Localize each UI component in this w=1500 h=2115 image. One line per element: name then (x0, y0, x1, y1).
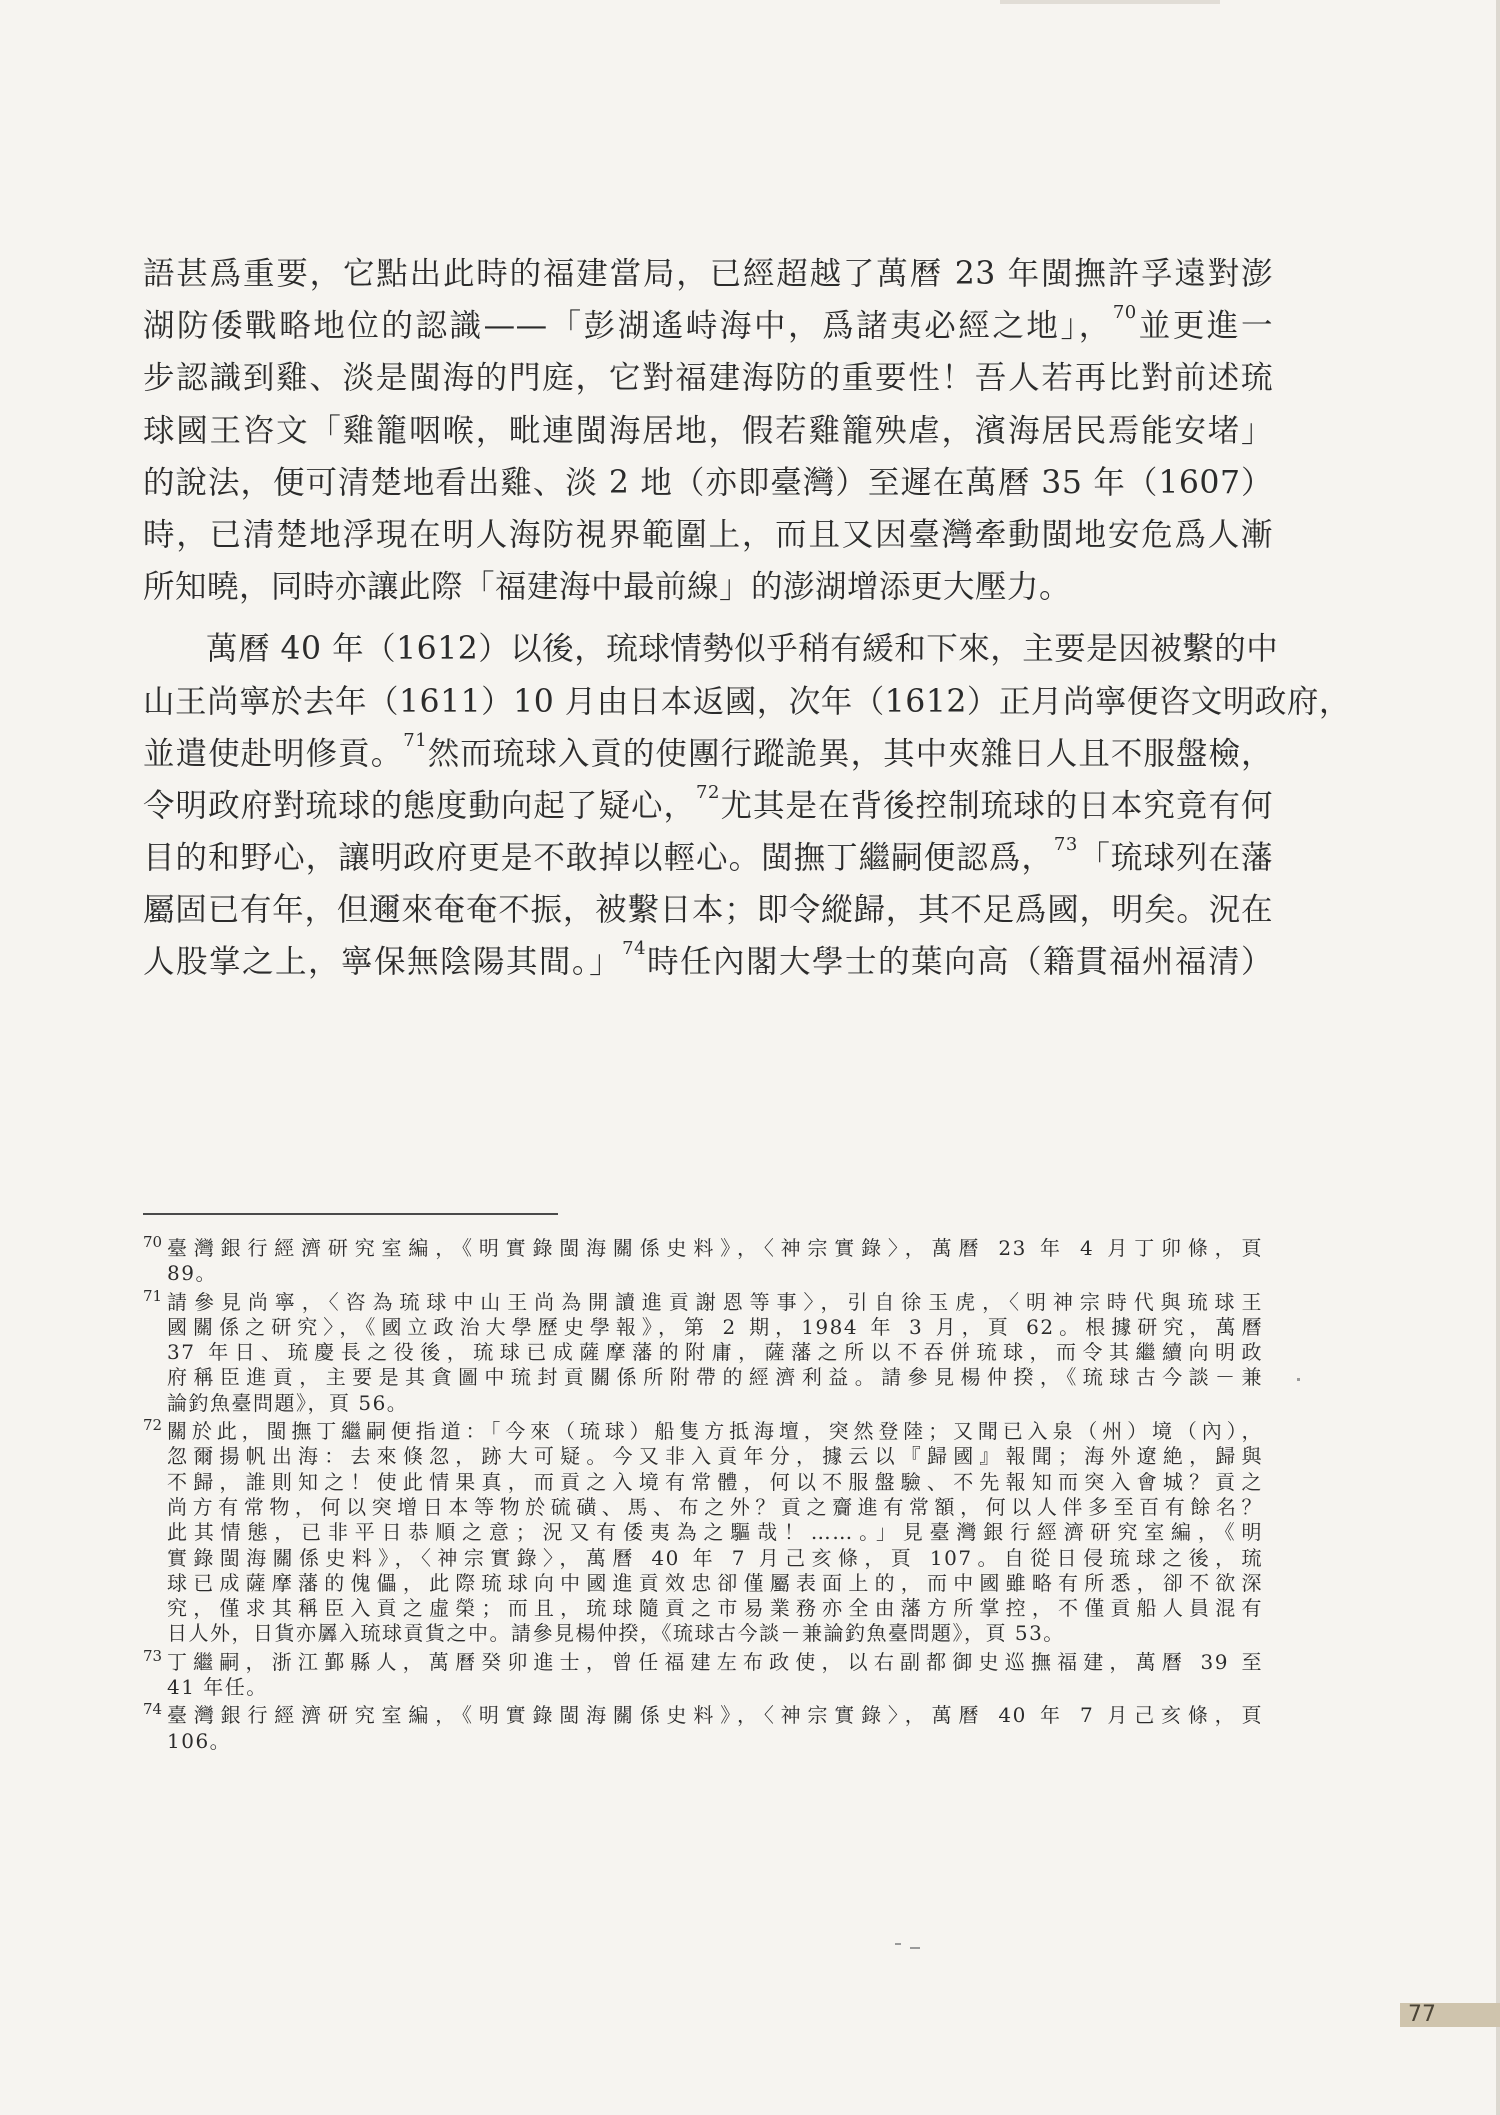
footnote-ref-74[interactable]: 74 (622, 938, 646, 959)
text-run: 目的和野心，讓明政府更是不敢掉以輕心。閩撫丁繼嗣便認爲， (143, 840, 1054, 876)
text-run: 並更進一 (1137, 308, 1273, 344)
text-run: 湖防倭戰略地位的認識——「彭湖遙峙海中，爲諸夷必經之地」， (143, 308, 1113, 344)
footnote-line: 實錄閩海關係史料》，〈神宗實錄〉，萬曆 40 年 7 月己亥條，頁 107。自從… (167, 1546, 1263, 1571)
footnote-line: 論釣魚臺問題》，頁 56。 (167, 1391, 1263, 1416)
footnote-line: 41 年任。 (167, 1675, 1263, 1700)
footnote-ref-71[interactable]: 71 (403, 730, 427, 751)
scan-speck (1297, 1378, 1300, 1381)
footnote-ref-73[interactable]: 73 (1054, 834, 1078, 855)
footnote-line: 不歸，誰則知之！使此情果真，而貢之入境有常體，何以不服盤驗、不先報知而突入會城？… (167, 1470, 1263, 1495)
footnote-line: 日人外，日貨亦羼入琉球貢貨之中。請參見楊仲揆，《琉球古今談－兼論釣魚臺問題》，頁… (167, 1621, 1263, 1646)
footnote-ref-72[interactable]: 72 (696, 782, 720, 803)
paragraph-1: 語甚爲重要，它點出此時的福建當局，已經超越了萬曆 23 年閩撫許孚遠對澎 湖防倭… (143, 248, 1273, 613)
footnote-line: 請參見尚寧，〈咨為琉球中山王尚為開讀進貢謝恩等事〉，引自徐玉虎，〈明神宗時代與琉… (167, 1290, 1263, 1315)
body-line: 萬曆 40 年（1612）以後，琉球情勢似乎稍有緩和下來，主要是因被繫的中 (143, 623, 1273, 675)
body-line: 語甚爲重要，它點出此時的福建當局，已經超越了萬曆 23 年閩撫許孚遠對澎 (143, 248, 1273, 300)
body-line: 並遣使赴明修貢。71然而琉球入貢的使團行蹤詭異，其中夾雜日人且不服盤檢， (143, 728, 1273, 780)
footnote-number: 71 (143, 1287, 162, 1305)
footnote-number: 74 (143, 1700, 162, 1718)
scan-speck (910, 1947, 920, 1949)
footnote-line: 丁繼嗣，浙江鄞縣人，萬曆癸卯進士，曾任福建左布政使，以右副都御史巡撫福建，萬曆 … (167, 1650, 1263, 1675)
scan-speck (895, 1943, 901, 1945)
footnote-number: 72 (143, 1416, 162, 1434)
footnote-line: 臺灣銀行經濟研究室編，《明實錄閩海關係史料》，〈神宗實錄〉，萬曆 40 年 7 … (167, 1703, 1263, 1728)
footnotes: 70 臺灣銀行經濟研究室編，《明實錄閩海關係史料》，〈神宗實錄〉，萬曆 23 年… (143, 1236, 1263, 1754)
footnote-separator (143, 1213, 558, 1215)
body-line: 所知曉，同時亦讓此際「福建海中最前線」的澎湖增添更大壓力。 (143, 561, 1273, 613)
footnote-line: 關於此，閩撫丁繼嗣便指道：「今來（琉球）船隻方抵海壇，突然登陸；又聞已入泉（州）… (167, 1419, 1263, 1444)
text-run: 令明政府對琉球的態度動向起了疑心， (143, 788, 696, 824)
text-run: 「琉球列在藩 (1078, 840, 1273, 876)
footnote-line: 89。 (167, 1261, 1263, 1286)
paragraph-gap (143, 613, 1273, 623)
body-line: 湖防倭戰略地位的認識——「彭湖遙峙海中，爲諸夷必經之地」，70並更進一 (143, 300, 1273, 352)
body-line: 目的和野心，讓明政府更是不敢掉以輕心。閩撫丁繼嗣便認爲，73「琉球列在藩 (143, 832, 1273, 884)
body-line: 的說法，便可清楚地看出雞、淡 2 地（亦即臺灣）至遲在萬曆 35 年（1607） (143, 457, 1273, 509)
body-line: 人股掌之上，寧保無陰陽其間。」74時任內閣大學士的葉向高（籍貫福州福清） (143, 936, 1273, 988)
footnote-number: 70 (143, 1233, 162, 1251)
page-number: 77 (1400, 2003, 1500, 2027)
footnote-line: 此其情態，已非平日恭順之意；況又有倭夷為之驅哉！……。」見臺灣銀行經濟研究室編，… (167, 1520, 1263, 1545)
body-line: 令明政府對琉球的態度動向起了疑心，72尤其是在背後控制琉球的日本究竟有何 (143, 780, 1273, 832)
body-line: 步認識到雞、淡是閩海的門庭，它對福建海防的重要性！吾人若再比對前述琉 (143, 352, 1273, 404)
body-line: 時，已清楚地浮現在明人海防視界範圍上，而且又因臺灣牽動閩地安危爲人漸 (143, 509, 1273, 561)
scan-artifact-top (1000, 0, 1220, 4)
footnote-number: 73 (143, 1647, 162, 1665)
text-run: 並遣使赴明修貢。 (143, 736, 403, 772)
body-line: 屬固已有年，但邇來奄奄不振，被繫日本；即令縱歸，其不足爲國，明矣。況在 (143, 884, 1273, 936)
page-edge (1496, 0, 1500, 2115)
footnote-line: 國關係之研究〉，《國立政治大學歷史學報》，第 2 期，1984 年 3 月，頁 … (167, 1315, 1263, 1340)
paragraph-2: 萬曆 40 年（1612）以後，琉球情勢似乎稍有緩和下來，主要是因被繫的中 山王… (143, 623, 1273, 988)
body-line: 山王尚寧於去年（1611）10 月由日本返國，次年（1612）正月尚寧便咨文明政… (143, 676, 1273, 728)
text-run: 然而琉球入貢的使團行蹤詭異，其中夾雜日人且不服盤檢， (427, 736, 1273, 772)
body-line: 球國王咨文「雞籠咽喉，毗連閩海居地，假若雞籠殃虐，濱海居民焉能安堵」 (143, 405, 1273, 457)
footnote-line: 究，僅求其稱臣入貢之虛榮；而且，琉球隨貢之市易業務亦全由藩方所掌控，不僅貢船人員… (167, 1596, 1263, 1621)
footnote-73: 73 丁繼嗣，浙江鄞縣人，萬曆癸卯進士，曾任福建左布政使，以右副都御史巡撫福建，… (143, 1650, 1263, 1701)
footnote-line: 臺灣銀行經濟研究室編，《明實錄閩海關係史料》，〈神宗實錄〉，萬曆 23 年 4 … (167, 1236, 1263, 1261)
footnote-74: 74 臺灣銀行經濟研究室編，《明實錄閩海關係史料》，〈神宗實錄〉，萬曆 40 年… (143, 1703, 1263, 1754)
footnote-line: 球已成薩摩藩的傀儡，此際琉球向中國進貢效忠卻僅屬表面上的，而中國雖略有所悉，卻不… (167, 1571, 1263, 1596)
body-text: 語甚爲重要，它點出此時的福建當局，已經超越了萬曆 23 年閩撫許孚遠對澎 湖防倭… (143, 248, 1273, 989)
text-run: 尤其是在背後控制琉球的日本究竟有何 (720, 788, 1273, 824)
footnote-71: 71 請參見尚寧，〈咨為琉球中山王尚為開讀進貢謝恩等事〉，引自徐玉虎，〈明神宗時… (143, 1290, 1263, 1416)
text-run: 時任內閣大學士的葉向高（籍貫福州福清） (646, 944, 1273, 980)
footnote-line: 府稱臣進貢，主要是其貪圖中琉封貢關係所附帶的經濟利益。請參見楊仲揆，《琉球古今談… (167, 1365, 1263, 1390)
footnote-72: 72 關於此，閩撫丁繼嗣便指道：「今來（琉球）船隻方抵海壇，突然登陸；又聞已入泉… (143, 1419, 1263, 1647)
footnote-ref-70[interactable]: 70 (1113, 302, 1137, 323)
footnote-line: 106。 (167, 1729, 1263, 1754)
text-run: 人股掌之上，寧保無陰陽其間。」 (143, 944, 622, 980)
footnote-line: 37 年日、琉慶長之役後，琉球已成薩摩藩的附庸，薩藩之所以不吞併琉球，而令其繼續… (167, 1340, 1263, 1365)
footnote-70: 70 臺灣銀行經濟研究室編，《明實錄閩海關係史料》，〈神宗實錄〉，萬曆 23 年… (143, 1236, 1263, 1287)
footnote-line: 忽爾揚帆出海：去來倏忽，跡大可疑。今又非入貢年分，據云以『歸國』報聞；海外遼絶，… (167, 1444, 1263, 1469)
footnote-line: 尚方有常物，何以突增日本等物於硫磺、馬、布之外？貢之齎進有常額，何以人伴多至百有… (167, 1495, 1263, 1520)
